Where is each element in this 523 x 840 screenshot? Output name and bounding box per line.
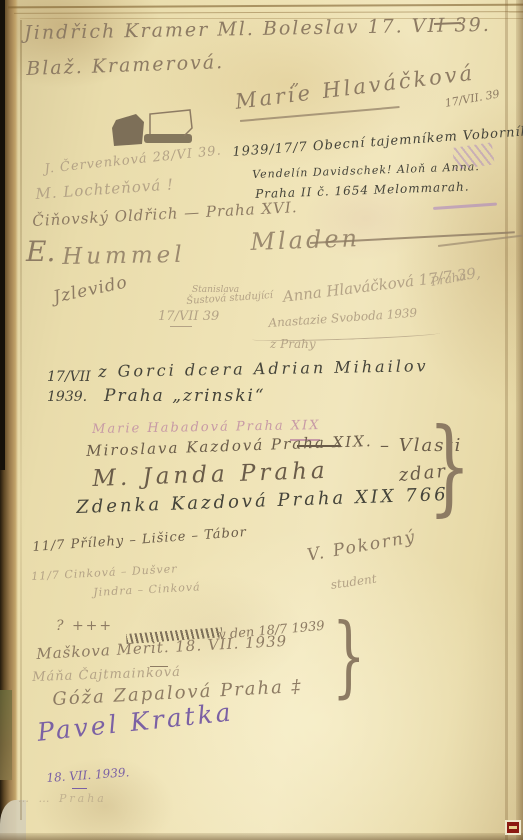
date-17vii-39: 17/VII 39 — [158, 310, 219, 323]
entry-prilehy: 11/7 Přílehy – Lišice – Tábor — [32, 526, 247, 554]
entry-vobornik-line3: Praha II č. 1654 Melommarah. — [255, 181, 470, 200]
entry-student: student — [330, 573, 377, 591]
signature-anastazie: Anastazie Svoboda 1939 — [268, 307, 418, 329]
signature-pokorny: V. Pokorný — [306, 529, 418, 565]
entry-mihailov: z Gorci dcera Adrian Mihailov — [98, 358, 429, 380]
pencil-flourish — [438, 235, 523, 247]
signature-scrawl: Jzlevido — [52, 274, 129, 306]
signature-kazdova-zdenka: Zdenka Kazdová Praha XIX 766 — [76, 486, 449, 517]
signature-kramerova: Blaž. Kramerová. — [26, 53, 224, 79]
signature-kramer: Jindřich Kramer Ml. Boleslav 17. VII 39. — [24, 16, 491, 43]
entry-vobornik-line2: Vendelín Davidschek! Aloň a Anna. — [252, 161, 480, 180]
page-crease — [20, 20, 22, 820]
signature-habadova: Marie Habadová Praha XIX — [92, 419, 321, 436]
page-corner-marker-icon — [505, 820, 521, 835]
date-1939: 1939. — [47, 390, 87, 404]
page-top-edge-line — [8, 4, 523, 9]
binding-shadow — [0, 0, 5, 470]
signature-maskova: Maškova Merit. 18. VII. 1939 — [36, 634, 288, 662]
purple-streak — [433, 203, 497, 210]
signature-hlavackova: Marie Hlaváčková — [234, 63, 476, 113]
marker-dash — [509, 826, 517, 829]
signature-cinovsky: Čiňovský Oldřich — Praha XVI. — [32, 200, 298, 229]
signature-lochtenova: M. Lochteňová ! — [35, 177, 174, 202]
scanned-guestbook-page: Jindřich Kramer Ml. Boleslav 17. VII 39.… — [0, 0, 523, 840]
entry-cinkova: 11/7 Cinková – Dušver — [31, 563, 178, 582]
purple-smudge — [452, 142, 495, 169]
underline-mark — [72, 788, 87, 789]
date-hlavackova: 17/VII. 39 — [444, 88, 500, 108]
binding-stain — [0, 690, 12, 780]
page-top-edge-line — [14, 11, 523, 14]
signature-hummel-initial: E. — [26, 238, 55, 266]
overline-mark — [297, 445, 341, 447]
crosses-mark: ? +++ — [56, 619, 113, 633]
entry-zrinski: Praha „zrinski“ — [104, 388, 266, 405]
underline-mark — [170, 326, 192, 327]
signature-hummel: Hummel — [62, 244, 186, 269]
entry-z-prahy: z Prahy — [270, 338, 316, 350]
entry-bottom-faint: … … Praha — [18, 793, 107, 804]
entry-jindra-cinkova: Jindra – Cinková — [93, 581, 201, 598]
signature-mana: Máňa Čajtmainková — [32, 666, 181, 684]
date-kratka: 18. VII. 1939. — [46, 766, 130, 784]
curly-brace-mark: } — [332, 612, 366, 700]
signature-janda: M. Janda Praha — [92, 460, 329, 491]
date-17vii: 17/VII — [47, 370, 91, 384]
page-bottom-edge-shadow — [0, 833, 523, 840]
